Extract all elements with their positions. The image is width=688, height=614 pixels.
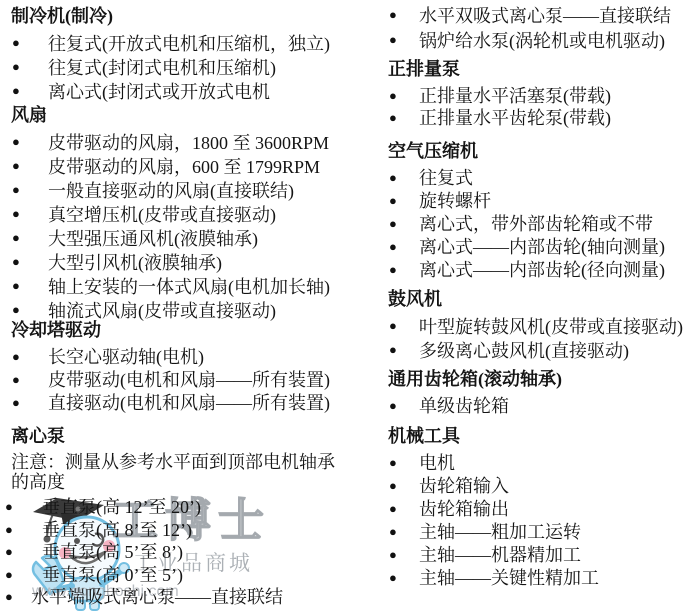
bullet-icon: ● [389,171,397,184]
section-heading: 通用齿轮箱(滚动轴承) [388,367,686,395]
list-item: ●往复式 [388,167,686,190]
list-item: ●齿轮箱输入 [388,475,686,498]
bullet-icon: ● [389,89,397,102]
list-item-text: 一般直接驱动的风扇(直接联结) [48,181,294,201]
list-item: ●齿轮箱输出 [388,498,686,521]
bullet-icon: ● [12,60,20,73]
list-item: ●多级离心鼓风机(直接驱动) [388,339,686,363]
bullet-icon: ● [389,571,397,584]
bullet-icon: ● [12,231,20,244]
list-item-text: 电机 [419,453,455,473]
bullet-icon: ● [389,263,397,276]
bullet-icon: ● [12,135,20,148]
list-item: ●大型引风机(液膜轴承) [11,251,345,275]
list-item: ●真空增压机(皮带或直接驱动) [11,203,345,227]
bullet-icon: ● [389,194,397,207]
section-heading: 冷却塔驱动 [11,318,345,346]
list-item: ●锅炉给水泵(涡轮机或电机驱动) [388,29,686,54]
bullet-icon: ● [389,217,397,230]
list-item-text: 正排量水平活塞泵(带载) [419,86,611,106]
list-item-text: 轴上安装的一体式风扇(电机加长轴) [48,277,330,297]
bullet-icon: ● [5,523,13,536]
list-item: ●皮带驱动的风扇，1800 至 3600RPM [11,131,345,155]
section: 机械工具●电机●齿轮箱输入●齿轮箱输出●主轴——粗加工运转●主轴——机器精加工●… [388,424,686,590]
bullet-icon: ● [12,159,20,172]
list-item: ●皮带驱动的风扇，600 至 1799RPM [11,155,345,179]
list-item: ●离心式——内部齿轮(轴向测量) [388,236,686,259]
bullet-icon: ● [12,396,20,409]
bullet-icon: ● [12,279,20,292]
list-item-text: 往复式(开放式电机和压缩机，独立) [48,34,330,54]
section-heading: 正排量泵 [388,57,686,85]
list-item-text: 垂直泵(高 0’至 5’) [42,565,183,585]
bullet-icon: ● [12,350,20,363]
section: 离心泵注意：测量从参考水平面到顶部电机轴承的高度●垂直泵(高 12’至 20’)… [11,424,345,609]
bullet-icon: ● [389,343,397,356]
bullet-icon: ● [389,399,397,412]
bullet-icon: ● [5,590,13,603]
list-item: ●旋转螺杆 [388,190,686,213]
list-item: ●正排量水平齿轮泵(带载) [388,107,686,129]
section-note: 注意：测量从参考水平面到顶部电机轴承的高度 [11,452,345,492]
list-item: ●垂直泵(高 12’至 20’) [4,496,345,519]
list-item-text: 垂直泵(高 8’至 12’) [42,520,192,540]
list-item-text: 离心式——内部齿轮(径向测量) [419,260,665,280]
list-item-text: 主轴——粗加工运转 [419,522,581,542]
list-item-text: 离心式，带外部齿轮箱或不带 [419,214,653,234]
list-item-text: 直接驱动(电机和风扇——所有装置) [48,393,330,413]
section: 通用齿轮箱(滚动轴承)●单级齿轮箱 [388,367,686,418]
list-item: ●轴上安装的一体式风扇(电机加长轴) [11,275,345,299]
list-item-text: 齿轮箱输出 [419,499,509,519]
bullet-icon: ● [12,183,20,196]
bullet-icon: ● [389,33,397,46]
bullet-icon: ● [12,373,20,386]
section-heading: 风扇 [11,103,345,131]
list-item: ●直接驱动(电机和风扇——所有装置) [11,392,345,415]
section-heading: 制冷机(制冷) [11,4,345,32]
list-item-text: 叶型旋转鼓风机(皮带或直接驱动) [419,317,683,337]
section: 冷却塔驱动●长空心驱动轴(电机)●皮带驱动(电机和风扇——所有装置)●直接驱动(… [11,318,345,415]
section: 风扇●皮带驱动的风扇，1800 至 3600RPM●皮带驱动的风扇，600 至 … [11,103,345,323]
list-item: ●主轴——关键性精加工 [388,567,686,590]
list-item: ●离心式，带外部齿轮箱或不带 [388,213,686,236]
list-item: ●长空心驱动轴(电机) [11,346,345,369]
list-item-text: 长空心驱动轴(电机) [48,347,204,367]
bullet-icon: ● [389,8,397,21]
list-item: ●离心式(封闭式或开放式电机 [11,80,345,104]
list-item-text: 皮带驱动的风扇，600 至 1799RPM [48,157,320,177]
bullet-icon: ● [12,303,20,316]
list-item-text: 正排量水平齿轮泵(带载) [419,108,611,128]
list-item-text: 旋转螺杆 [419,191,491,211]
section: 鼓风机●叶型旋转鼓风机(皮带或直接驱动)●多级离心鼓风机(直接驱动) [388,287,686,363]
list-item: ●一般直接驱动的风扇(直接联结) [11,179,345,203]
list-item: ●大型强压通风机(液膜轴承) [11,227,345,251]
list-item-text: 垂直泵(高 5’至 8’) [42,542,183,562]
list-item: ●单级齿轮箱 [388,395,686,418]
list-item: ●往复式(封闭式电机和压缩机) [11,56,345,80]
list-item: ●皮带驱动(电机和风扇——所有装置) [11,369,345,392]
bullet-icon: ● [389,456,397,469]
section-heading: 空气压缩机 [388,139,686,167]
section: 制冷机(制冷)●往复式(开放式电机和压缩机，独立)●往复式(封闭式电机和压缩机)… [11,4,345,104]
list-item: ●离心式——内部齿轮(径向测量) [388,259,686,282]
list-item-text: 大型引风机(液膜轴承) [48,253,222,273]
list-item-text: 水平端吸式离心泵——直接联结 [31,587,283,607]
list-item-text: 离心式(封闭式或开放式电机 [48,82,270,102]
list-item-text: 大型强压通风机(液膜轴承) [48,229,258,249]
list-item-text: 皮带驱动(电机和风扇——所有装置) [48,370,330,390]
list-item: ●垂直泵(高 8’至 12’) [4,519,345,542]
list-item-text: 齿轮箱输入 [419,476,509,496]
list-item: ●主轴——粗加工运转 [388,521,686,544]
list-item-text: 皮带驱动的风扇，1800 至 3600RPM [48,133,329,153]
section-heading: 机械工具 [388,424,686,452]
bullet-icon: ● [12,36,20,49]
list-item: ●水平双吸式离心泵——直接联结 [388,4,686,29]
list-item-text: 真空增压机(皮带或直接驱动) [48,205,276,225]
list-item-text: 主轴——关键性精加工 [419,568,599,588]
list-item: ●电机 [388,452,686,475]
list-item-text: 往复式(封闭式电机和压缩机) [48,58,276,78]
bullet-icon: ● [12,84,20,97]
list-item-text: 单级齿轮箱 [419,396,509,416]
section: 空气压缩机●往复式●旋转螺杆●离心式，带外部齿轮箱或不带●离心式——内部齿轮(轴… [388,139,686,282]
section-heading: 离心泵 [11,424,345,452]
list-item-text: 水平双吸式离心泵——直接联结 [419,6,671,26]
bullet-icon: ● [389,525,397,538]
document-page: 工博士 工业品商城 www.gongboshi.com 制冷机(制冷)●往复式(… [0,0,688,614]
bullet-icon: ● [5,500,13,513]
bullet-icon: ● [389,240,397,253]
list-item-text: 离心式——内部齿轮(轴向测量) [419,237,665,257]
list-item: ●正排量水平活塞泵(带载) [388,85,686,107]
list-item-text: 垂直泵(高 12’至 20’) [42,497,201,517]
bullet-icon: ● [389,479,397,492]
bullet-icon: ● [12,255,20,268]
list-item-text: 多级离心鼓风机(直接驱动) [419,341,629,361]
bullet-icon: ● [5,545,13,558]
bullet-icon: ● [389,111,397,124]
list-item-text: 主轴——机器精加工 [419,545,581,565]
list-item-text: 往复式 [419,168,473,188]
bullet-icon: ● [389,502,397,515]
bullet-icon: ● [12,207,20,220]
section: ●水平双吸式离心泵——直接联结●锅炉给水泵(涡轮机或电机驱动) [388,4,686,54]
list-item: ●往复式(开放式电机和压缩机，独立) [11,32,345,56]
bullet-icon: ● [389,319,397,332]
list-item: ●叶型旋转鼓风机(皮带或直接驱动) [388,315,686,339]
list-item: ●主轴——机器精加工 [388,544,686,567]
list-item: ●水平端吸式离心泵——直接联结 [4,586,345,609]
list-item-text: 锅炉给水泵(涡轮机或电机驱动) [419,31,665,51]
section-heading: 鼓风机 [388,287,686,315]
bullet-icon: ● [5,568,13,581]
section: 正排量泵●正排量水平活塞泵(带载)●正排量水平齿轮泵(带载) [388,57,686,129]
list-item: ●垂直泵(高 5’至 8’) [4,541,345,564]
bullet-icon: ● [389,548,397,561]
list-item: ●垂直泵(高 0’至 5’) [4,564,345,587]
